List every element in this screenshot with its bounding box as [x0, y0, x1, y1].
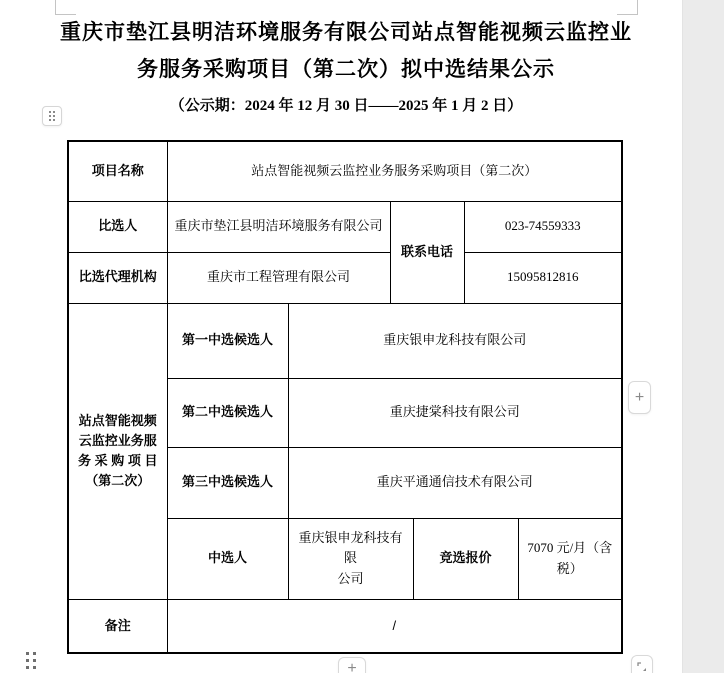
cell-candidate2-label: 第二中选候选人 [167, 378, 288, 447]
table-row: 比选人 重庆市垫江县明洁环境服务有限公司 联系电话 023-74559333 [68, 201, 622, 252]
plus-icon: + [635, 390, 644, 406]
table-fit-button[interactable] [631, 655, 653, 673]
cell-bidder-phone: 023-74559333 [464, 201, 622, 252]
plus-icon: + [347, 661, 356, 673]
cell-agency: 重庆市工程管理有限公司 [167, 252, 390, 303]
cell-project-name-label: 项目名称 [68, 141, 167, 201]
cell-candidate2: 重庆捷棠科技有限公司 [288, 378, 622, 447]
table-row: 比选代理机构 重庆市工程管理有限公司 15095812816 [68, 252, 622, 303]
cell-phone-label: 联系电话 [390, 201, 464, 303]
cell-agency-label: 比选代理机构 [68, 252, 167, 303]
table-row: 站点智能视频 云监控业务服 务 采 购 项 目 （第二次） 第一中选候选人 重庆… [68, 303, 622, 378]
table-drag-handle[interactable] [42, 106, 62, 126]
cell-remark: / [167, 599, 622, 653]
drag-dots-icon [49, 111, 55, 121]
cell-candidate3: 重庆平通通信技术有限公司 [288, 447, 622, 518]
table-row: 项目名称 站点智能视频云监控业务服务采购项目（第二次） [68, 141, 622, 201]
cell-bidder-label: 比选人 [68, 201, 167, 252]
cell-winner-label: 中选人 [167, 518, 288, 599]
cell-price-label: 竞选报价 [413, 518, 518, 599]
cell-winner: 重庆银申龙科技有限 公司 [288, 518, 413, 599]
publicity-period: （公示期：2024 年 12 月 30 日——2025 年 1 月 2 日） [40, 95, 652, 117]
add-row-button[interactable]: + [338, 657, 366, 673]
cell-price: 7070 元/月（含 税） [518, 518, 622, 599]
add-column-button[interactable]: + [628, 381, 651, 414]
cell-remark-label: 备注 [68, 599, 167, 653]
resize-corners-icon [636, 661, 648, 673]
cell-candidate1: 重庆银申龙科技有限公司 [288, 303, 622, 378]
cell-project-merged: 站点智能视频 云监控业务服 务 采 购 项 目 （第二次） [68, 303, 167, 599]
text-boundary-mark-top-left [55, 0, 76, 15]
cell-candidate1-label: 第一中选候选人 [167, 303, 288, 378]
table-row: 备注 / [68, 599, 622, 653]
cell-candidate3-label: 第三中选候选人 [167, 447, 288, 518]
document-page: 重庆市垫江县明洁环境服务有限公司站点智能视频云监控业 务服务采购项目（第二次）拟… [0, 0, 724, 673]
cell-bidder: 重庆市垫江县明洁环境服务有限公司 [167, 201, 390, 252]
text-boundary-mark-top-right [617, 0, 638, 15]
block-drag-handle[interactable] [26, 652, 36, 669]
document-title: 重庆市垫江县明洁环境服务有限公司站点智能视频云监控业 务服务采购项目（第二次）拟… [40, 14, 652, 88]
cell-agency-phone: 15095812816 [464, 252, 622, 303]
result-table: 项目名称 站点智能视频云监控业务服务采购项目（第二次） 比选人 重庆市垫江县明洁… [67, 140, 623, 654]
cell-project-name: 站点智能视频云监控业务服务采购项目（第二次） [167, 141, 622, 201]
canvas-gutter [682, 0, 724, 673]
